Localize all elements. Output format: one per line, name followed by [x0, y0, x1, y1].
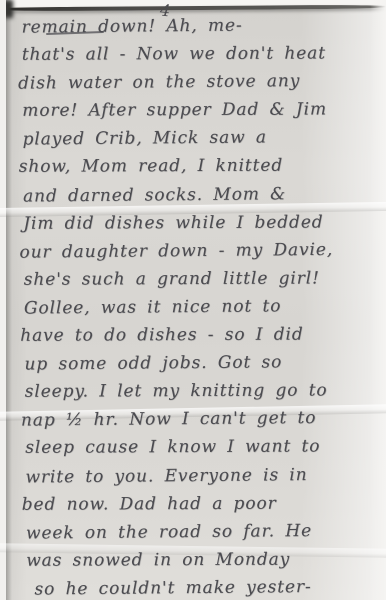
letter-line: show, Mom read, I knitted — [19, 152, 373, 182]
letter-line: write to you. Everyone is in — [25, 460, 375, 491]
letter-line: and darned socks. Mom & — [23, 179, 373, 210]
letter-line: was snowed in on Monday — [26, 545, 376, 575]
letter-line: have to do dishes - so I did — [20, 320, 374, 350]
letter-body: remain down! Ah, me- that's all - Now we… — [21, 10, 376, 600]
scanned-letter-page: 4 remain down! Ah, me- that's all - Now … — [0, 0, 386, 600]
letter-line: she's such a grand little girl! — [24, 264, 374, 294]
letter-line: sleepy. I let my knitting go to — [25, 376, 375, 406]
letter-line: played Crib, Mick saw a — [22, 123, 372, 154]
letter-line: up some odd jobs. Got so — [24, 348, 374, 379]
letter-line: more! After supper Dad & Jim — [22, 96, 372, 126]
letter-line: nap ½ hr. Now I can't get to — [21, 404, 375, 435]
paper-edge-left-shadow — [6, 0, 12, 600]
letter-line: bed now. Dad had a poor — [22, 489, 376, 519]
letter-line: that's all - Now we don't heat — [22, 39, 372, 69]
letter-line: week on the road so far. He — [26, 516, 376, 547]
letter-line: sleep cause I know I want to — [25, 433, 375, 463]
letter-line: so he couldn't make yester- — [34, 572, 376, 600]
letter-line: remain down! Ah, me- — [21, 10, 371, 41]
letter-line: Jim did dishes while I bedded — [23, 208, 373, 238]
letter-line: dish water on the stove any — [18, 67, 372, 98]
letter-line: Gollee, was it nice not to — [24, 291, 374, 322]
letter-line: our daughter down - my Davie, — [19, 235, 373, 266]
